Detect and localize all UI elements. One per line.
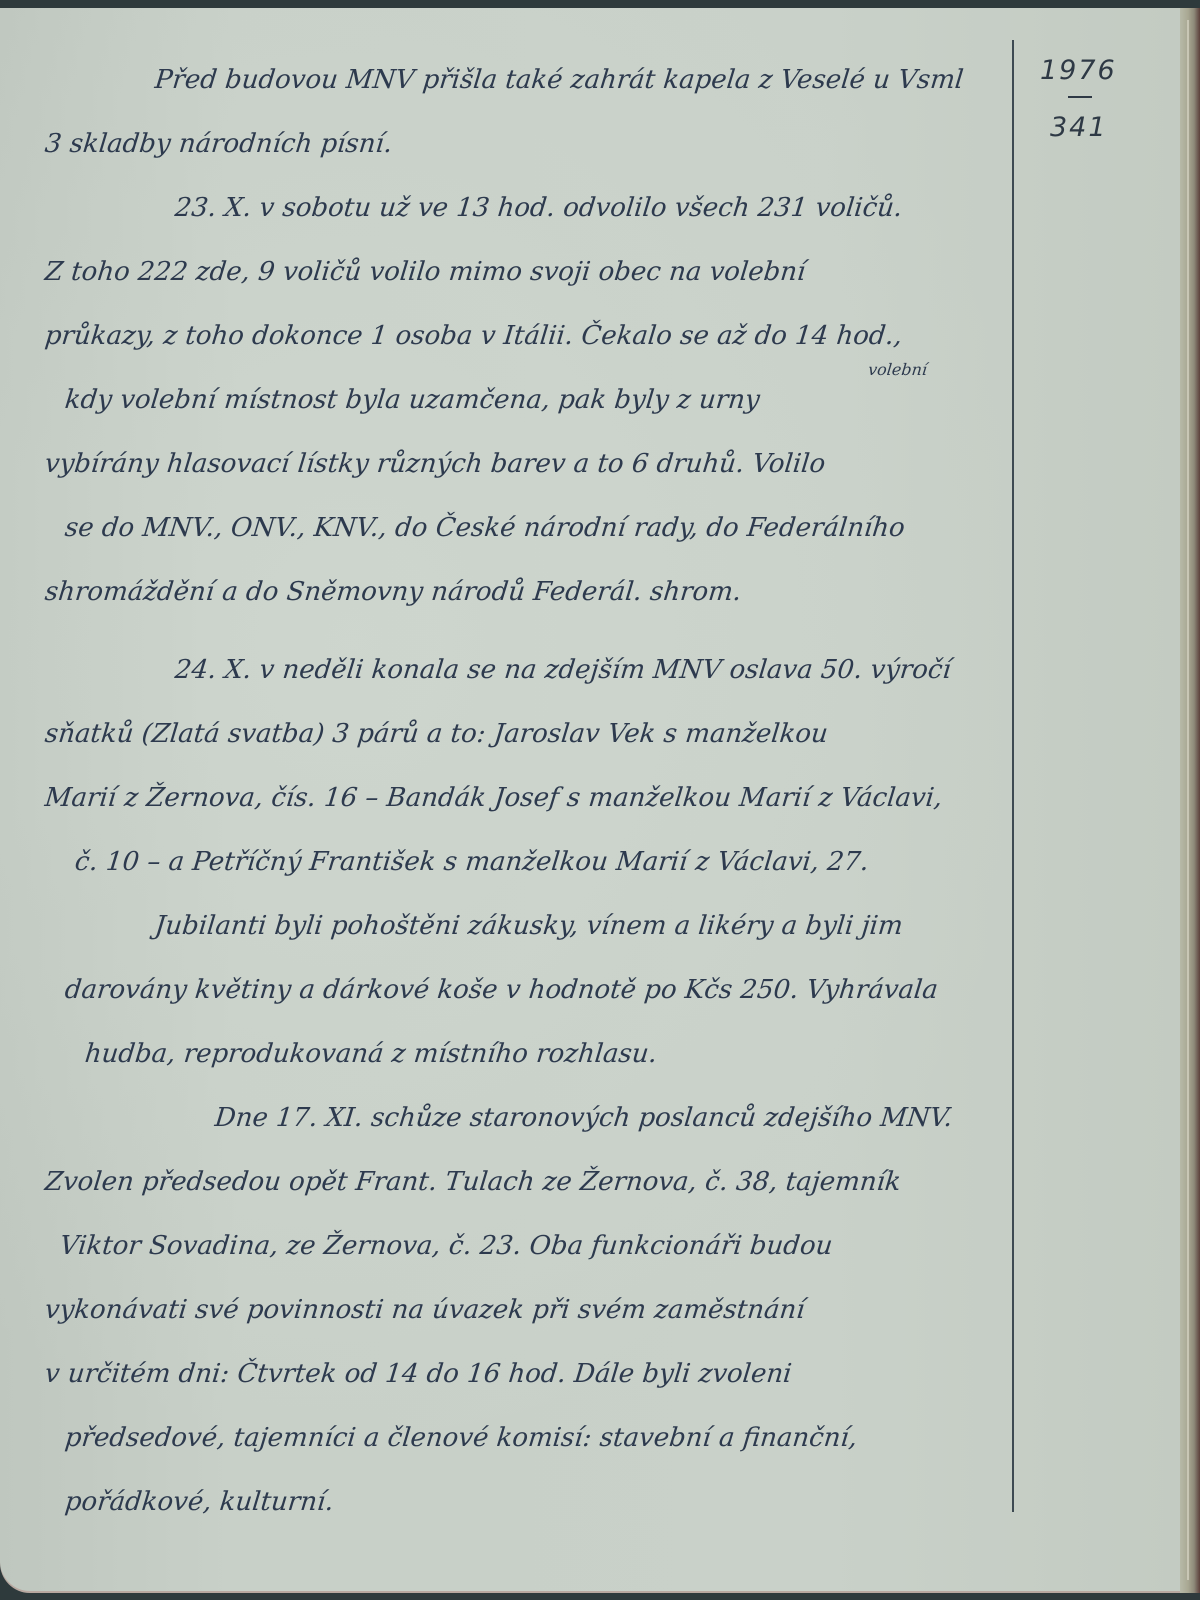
text-line: Jubilanti byli pohoštěni zákusky, vínem … (42, 894, 1039, 958)
text-line: průkazy, z toho dokonce 1 osoba v Itálii… (42, 304, 1039, 368)
text-line: Dne 17. XI. schůze staronových poslanců … (42, 1086, 1039, 1150)
text-line: pořádkové, kulturní. (42, 1470, 1039, 1534)
text-line: 24. X. v neděli konala se na zdejším MNV… (42, 638, 1039, 702)
text-line: Před budovou MNV přišla také zahrát kape… (42, 48, 1039, 112)
text-line: se do MNV., ONV., KNV., do České národní… (42, 496, 1039, 560)
text-line: v určitém dni: Čtvrtek od 14 do 16 hod. … (42, 1342, 1039, 1406)
text-line: darovány květiny a dárkové koše v hodnot… (42, 958, 1039, 1022)
text-line: Zvolen předsedou opět Frant. Tulach ze Ž… (42, 1150, 1039, 1214)
paragraph-elections: 23. X. v sobotu už ve 13 hod. odvolilo v… (45, 176, 1035, 624)
margin-page-number: 341 (1050, 112, 1160, 143)
text-line: sňatků (Zlatá svatba) 3 párů a to: Jaros… (42, 702, 1039, 766)
paragraph-band: Před budovou MNV přišla také zahrát kape… (45, 48, 1035, 176)
text-line: vybírány hlasovací lístky různých barev … (42, 432, 1039, 496)
paragraph-jubilants: Jubilanti byli pohoštěni zákusky, vínem … (45, 894, 1035, 1086)
paragraph-golden-wedding: 24. X. v neděli konala se na zdejším MNV… (45, 638, 1035, 894)
text-line: shromáždění a do Sněmovny národů Federál… (42, 560, 1039, 624)
superscript-insertion: volební (867, 362, 928, 378)
text-line: 23. X. v sobotu už ve 13 hod. odvolilo v… (42, 176, 1039, 240)
text-line: vykonávati své povinnosti na úvazek při … (42, 1278, 1039, 1342)
text-line: č. 10 – a Petříčný František s manželkou… (42, 830, 1039, 894)
text-line: Marií z Žernova, čís. 16 – Bandák Josef … (42, 766, 1039, 830)
text-line: Z toho 222 zde, 9 voličů volilo mimo svo… (42, 240, 1039, 304)
page-stack-edge (1180, 8, 1200, 1593)
text-line: hudba, reprodukovaná z místního rozhlasu… (42, 1022, 1039, 1086)
chronicle-text: Před budovou MNV přišla také zahrát kape… (45, 48, 1035, 1534)
text-line: předsedové, tajemníci a členové komisí: … (42, 1406, 1039, 1470)
text-line-content: kdy volební místnost byla uzamčena, pak … (63, 385, 761, 415)
margin-year: 1976 (1040, 55, 1150, 86)
text-line: Viktor Sovadina, ze Žernova, č. 23. Oba … (42, 1214, 1039, 1278)
paragraph-meeting: Dne 17. XI. schůze staronových poslanců … (45, 1086, 1035, 1534)
text-line-with-insertion: volební kdy volební místnost byla uzamče… (42, 368, 1039, 432)
margin-divider (1068, 96, 1092, 98)
text-line: 3 skladby národních písní. (42, 112, 1039, 176)
page-edge-line (1187, 20, 1189, 1580)
